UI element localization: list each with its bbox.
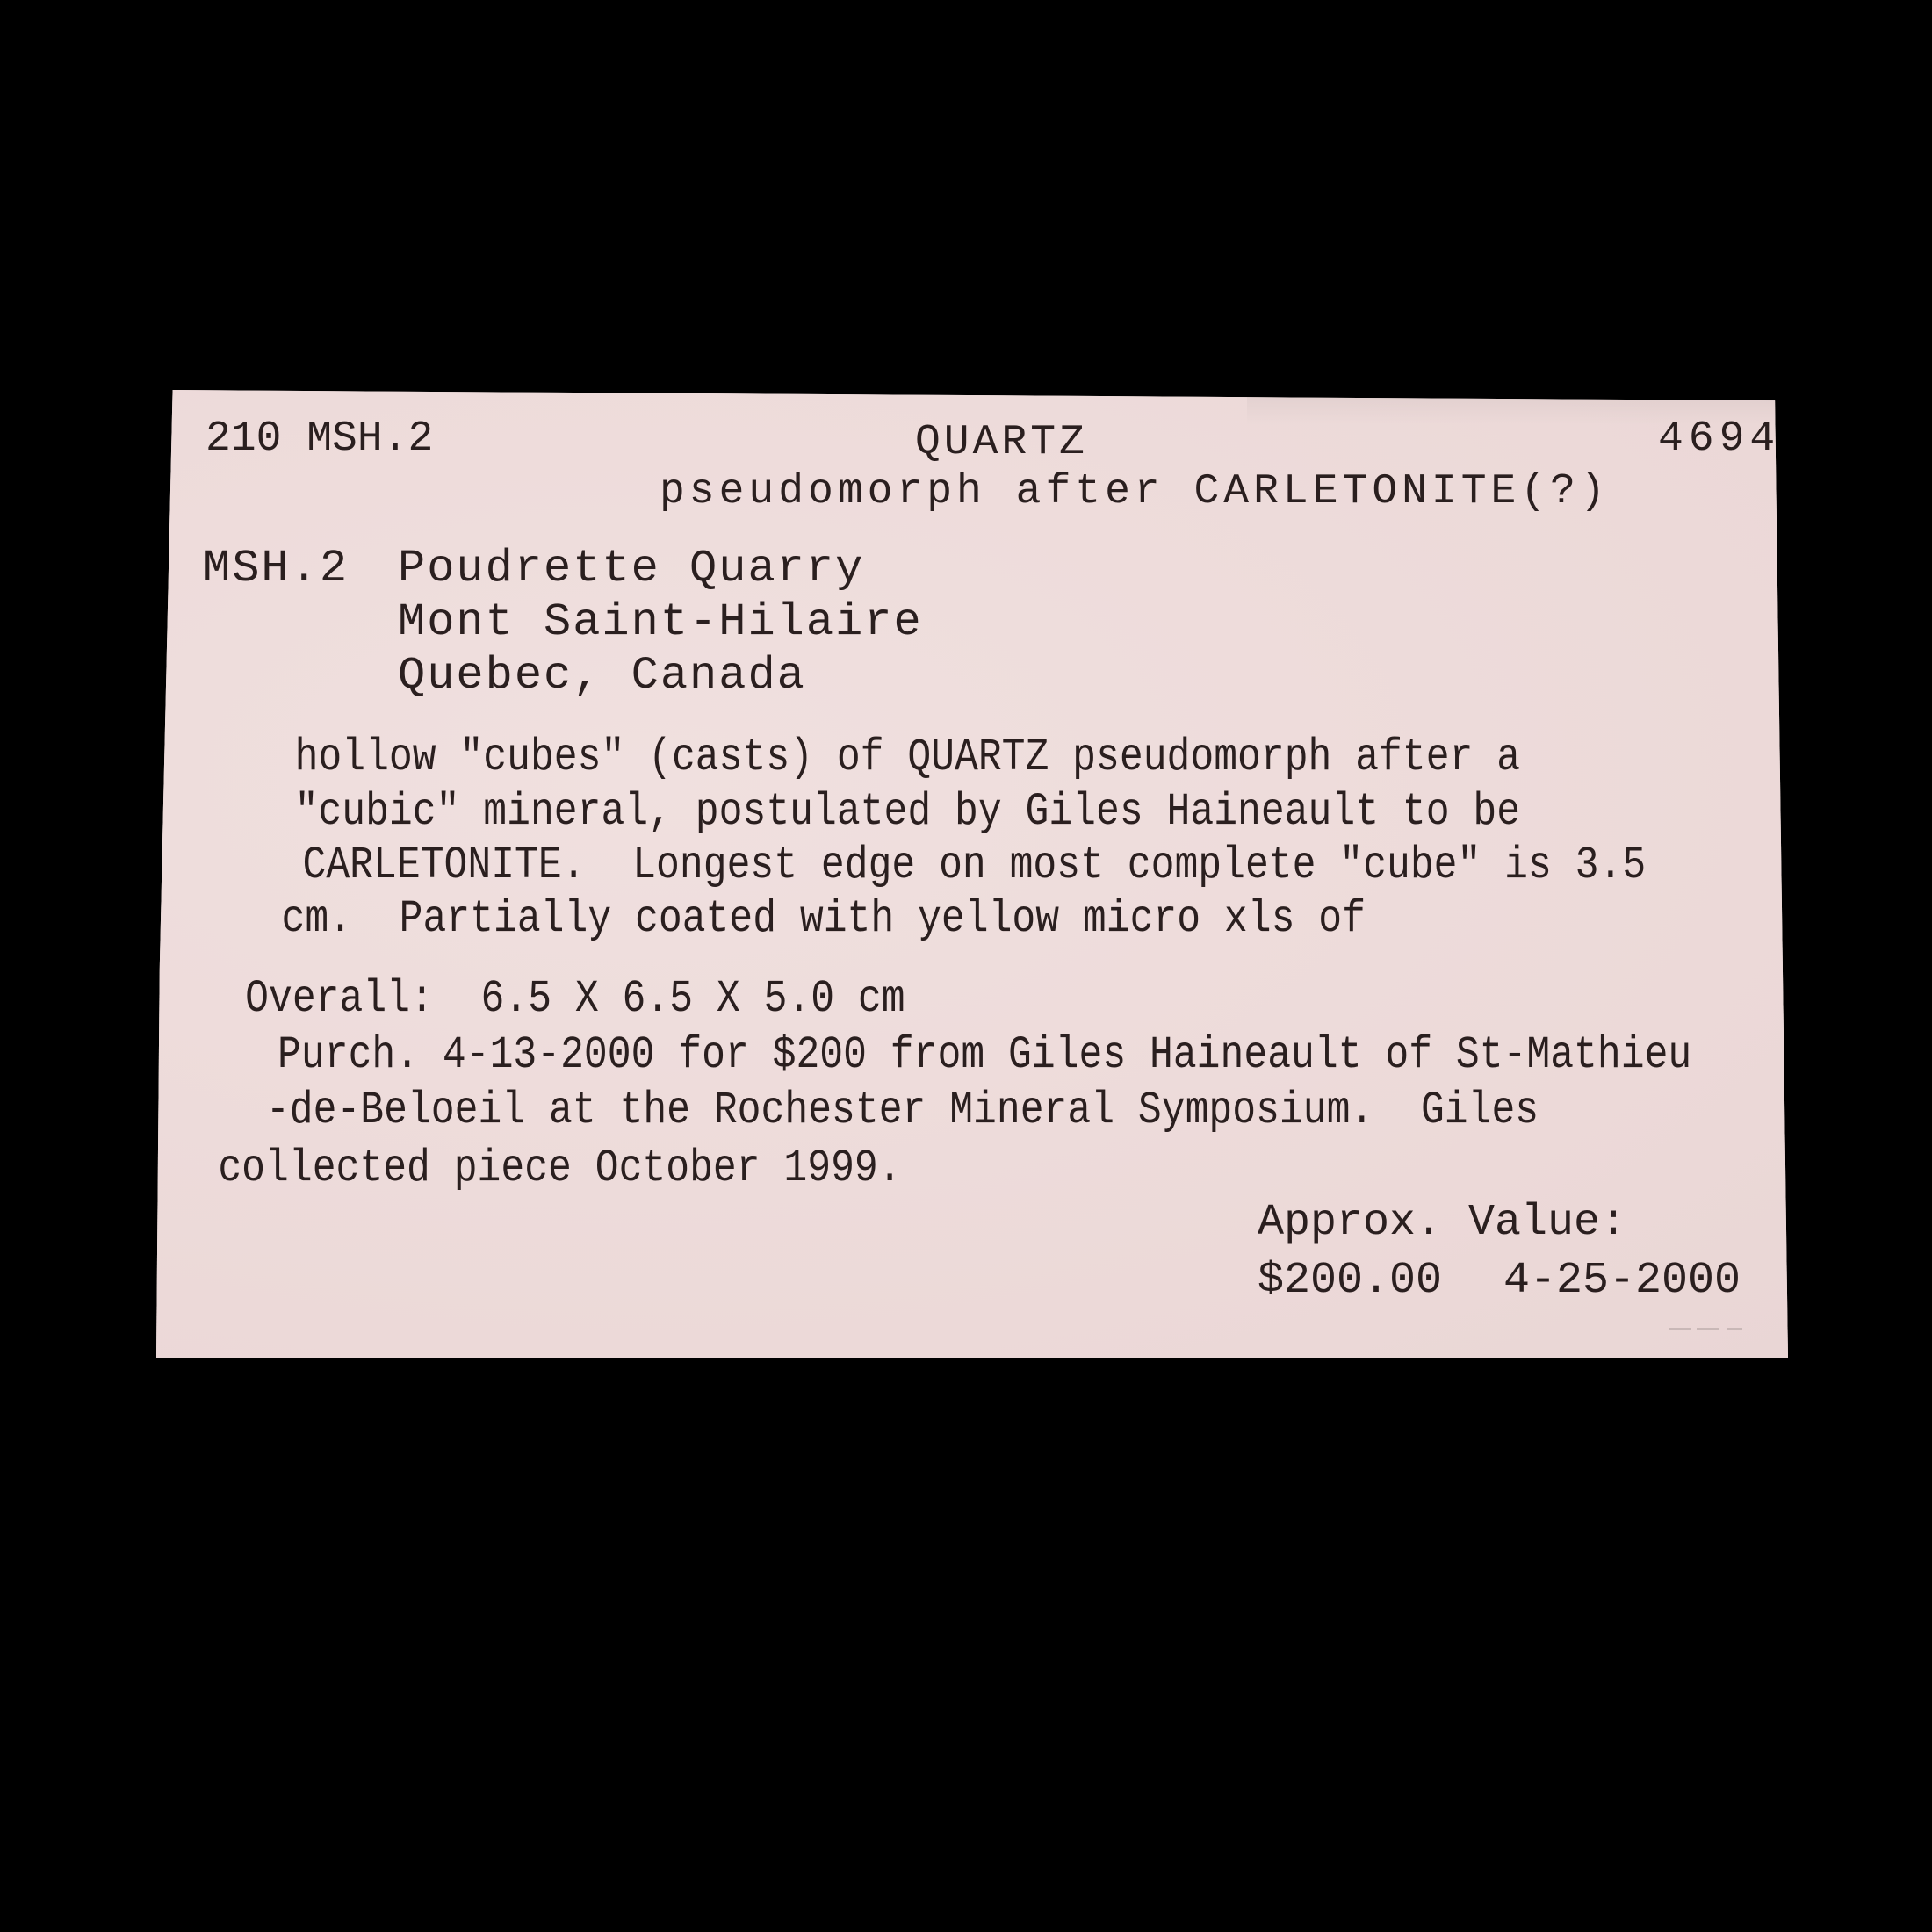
locality-line-1: Poudrette Quarry [398, 546, 864, 592]
specimen-number: 4694 [1658, 418, 1780, 460]
description-line-1: hollow "cubes" (casts) of QUARTZ pseudom… [295, 735, 1520, 781]
overall-dimensions: Overall: 6.5 X 6.5 X 5.0 cm [245, 977, 905, 1022]
mineral-subtitle: pseudomorph after CARLETONITE(?) [660, 471, 1610, 513]
locality-code: MSH.2 [203, 546, 349, 592]
description-line-2: "cubic" mineral, postulated by Giles Hai… [295, 789, 1520, 835]
faint-rule-mark [1727, 1328, 1742, 1330]
purchase-line-2: -de-Beloeil at the Rochester Mineral Sym… [266, 1088, 1539, 1134]
approx-value-amount: $200.00 [1258, 1259, 1442, 1303]
purchase-line-1: Purch. 4-13-2000 for $200 from Giles Hai… [278, 1033, 1691, 1078]
approx-value-date: 4-25-2000 [1503, 1259, 1741, 1303]
description-line-3: CARLETONITE. Longest edge on most comple… [303, 843, 1647, 889]
catalog-number: 210 MSH.2 [205, 418, 433, 460]
mineral-name: QUARTZ [915, 422, 1088, 464]
approx-value-label: Approx. Value: [1258, 1201, 1626, 1245]
locality-line-3: Quebec, Canada [398, 653, 806, 699]
description-line-4: cm. Partially coated with yellow micro x… [281, 897, 1365, 942]
purchase-line-3: collected piece October 1999. [218, 1146, 901, 1192]
faint-rule-mark [1697, 1328, 1719, 1330]
faint-rule-mark [1669, 1328, 1691, 1330]
locality-line-2: Mont Saint-Hilaire [398, 600, 923, 645]
